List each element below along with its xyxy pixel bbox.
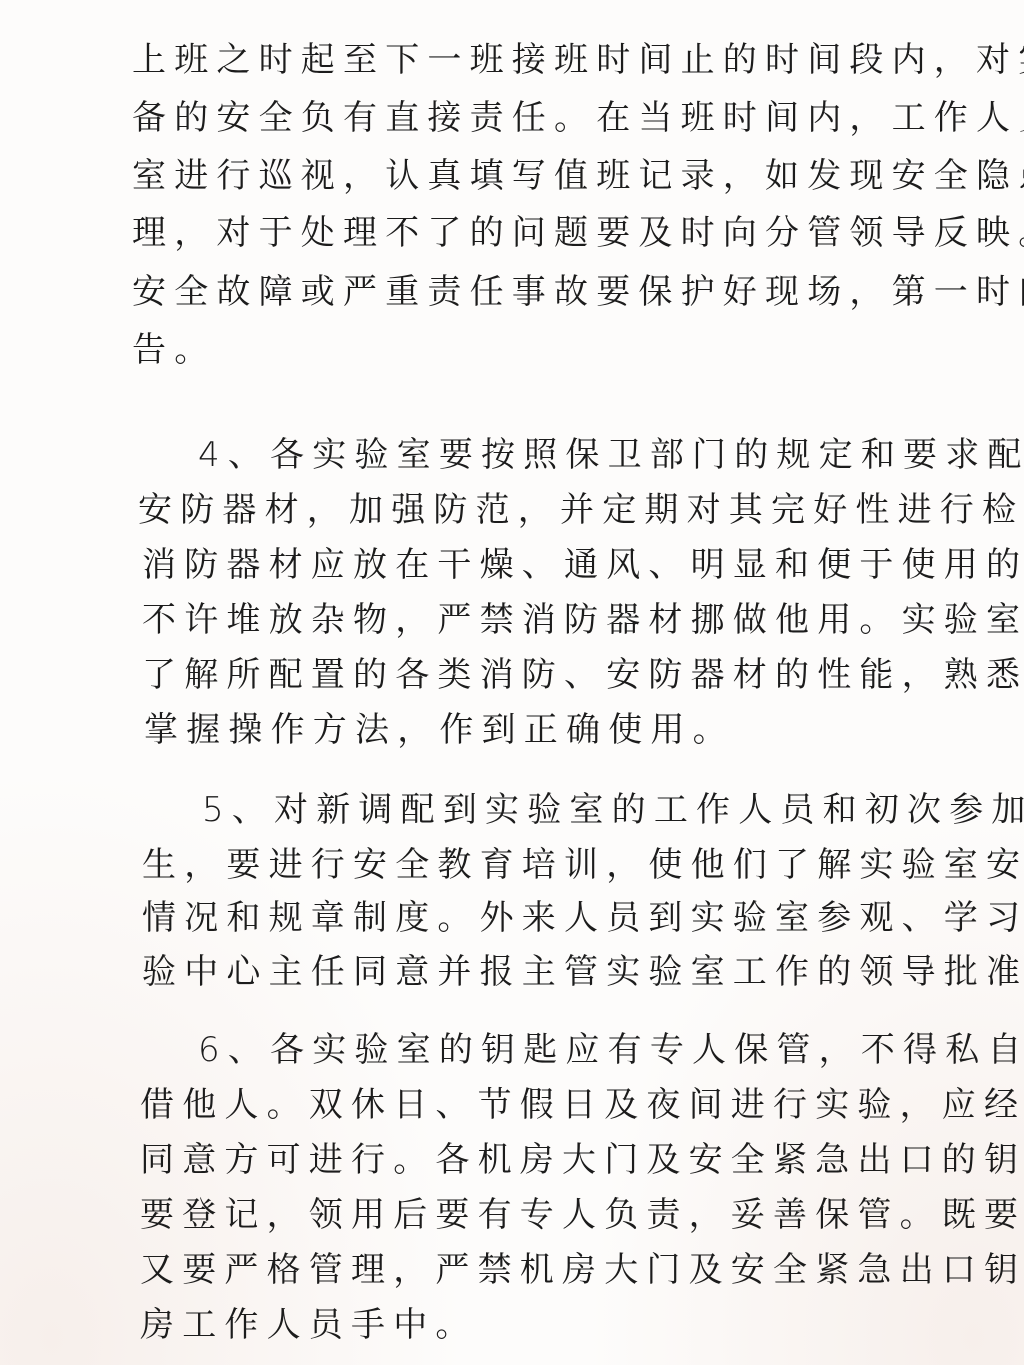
text-line: 验中心主任同意并报主管实验室工作的领导批准。 [142, 952, 1024, 992]
text-line: 安全故障或严重责任事故要保护好现场，第一时间向学院报 [132, 272, 1024, 312]
text-line: 备的安全负有直接责任。在当班时间内，工作人员应对实验 [132, 98, 1024, 138]
text-line: 消防器材应放在干燥、通风、明显和便于使用的位置，周围 [142, 545, 1024, 585]
text-line: 又要严格管理，严禁机房大门及安全紧急出口钥匙流入非机 [140, 1250, 1024, 1290]
text-line: 借他人。双休日、节假日及夜间进行实验，应经实验室主任 [140, 1085, 1024, 1125]
text-line: 告。 [132, 330, 216, 370]
text-line: 情况和规章制度。外来人员到实验室参观、学习等，须经实 [142, 898, 1024, 938]
list-item-6-first-line: 6、各实验室的钥匙应有专人保管，不得私自配备或转 [198, 1030, 1024, 1070]
text-line: 房工作人员手中。 [140, 1305, 478, 1345]
text-line: 不许堆放杂物，严禁消防器材挪做他用。实验室工作人员应 [142, 600, 1024, 640]
list-item-5-first-line: 5、对新调配到实验室的工作人员和初次参加实验的学 [202, 790, 1024, 830]
text-line: 要登记，领用后要有专人负责，妥善保管。既要方便使用， [140, 1195, 1024, 1235]
text-line: 安防器材，加强防范，并定期对其完好性进行检查。实验室 [138, 490, 1024, 530]
text-line: 生，要进行安全教育培训，使他们了解实验室安全防火设施 [142, 845, 1024, 885]
text-line: 了解所配置的各类消防、安防器材的性能，熟悉存放地点， [142, 655, 1024, 695]
text-line: 掌握操作方法，作到正确使用。 [144, 710, 735, 750]
text-line: 上班之时起至下一班接班时间止的时间段内，对实验室及设 [132, 40, 1024, 80]
list-item-4-first-line: 4、各实验室要按照保卫部门的规定和要求配置消防、 [198, 435, 1024, 475]
text-line: 室进行巡视，认真填写值班记录，如发现安全隐患要及时处 [132, 156, 1024, 196]
text-line: 同意方可进行。各机房大门及安全紧急出口的钥匙在领用时 [140, 1140, 1024, 1180]
text-line: 理，对于处理不了的问题要及时向分管领导反映。如遇重大 [132, 213, 1024, 253]
